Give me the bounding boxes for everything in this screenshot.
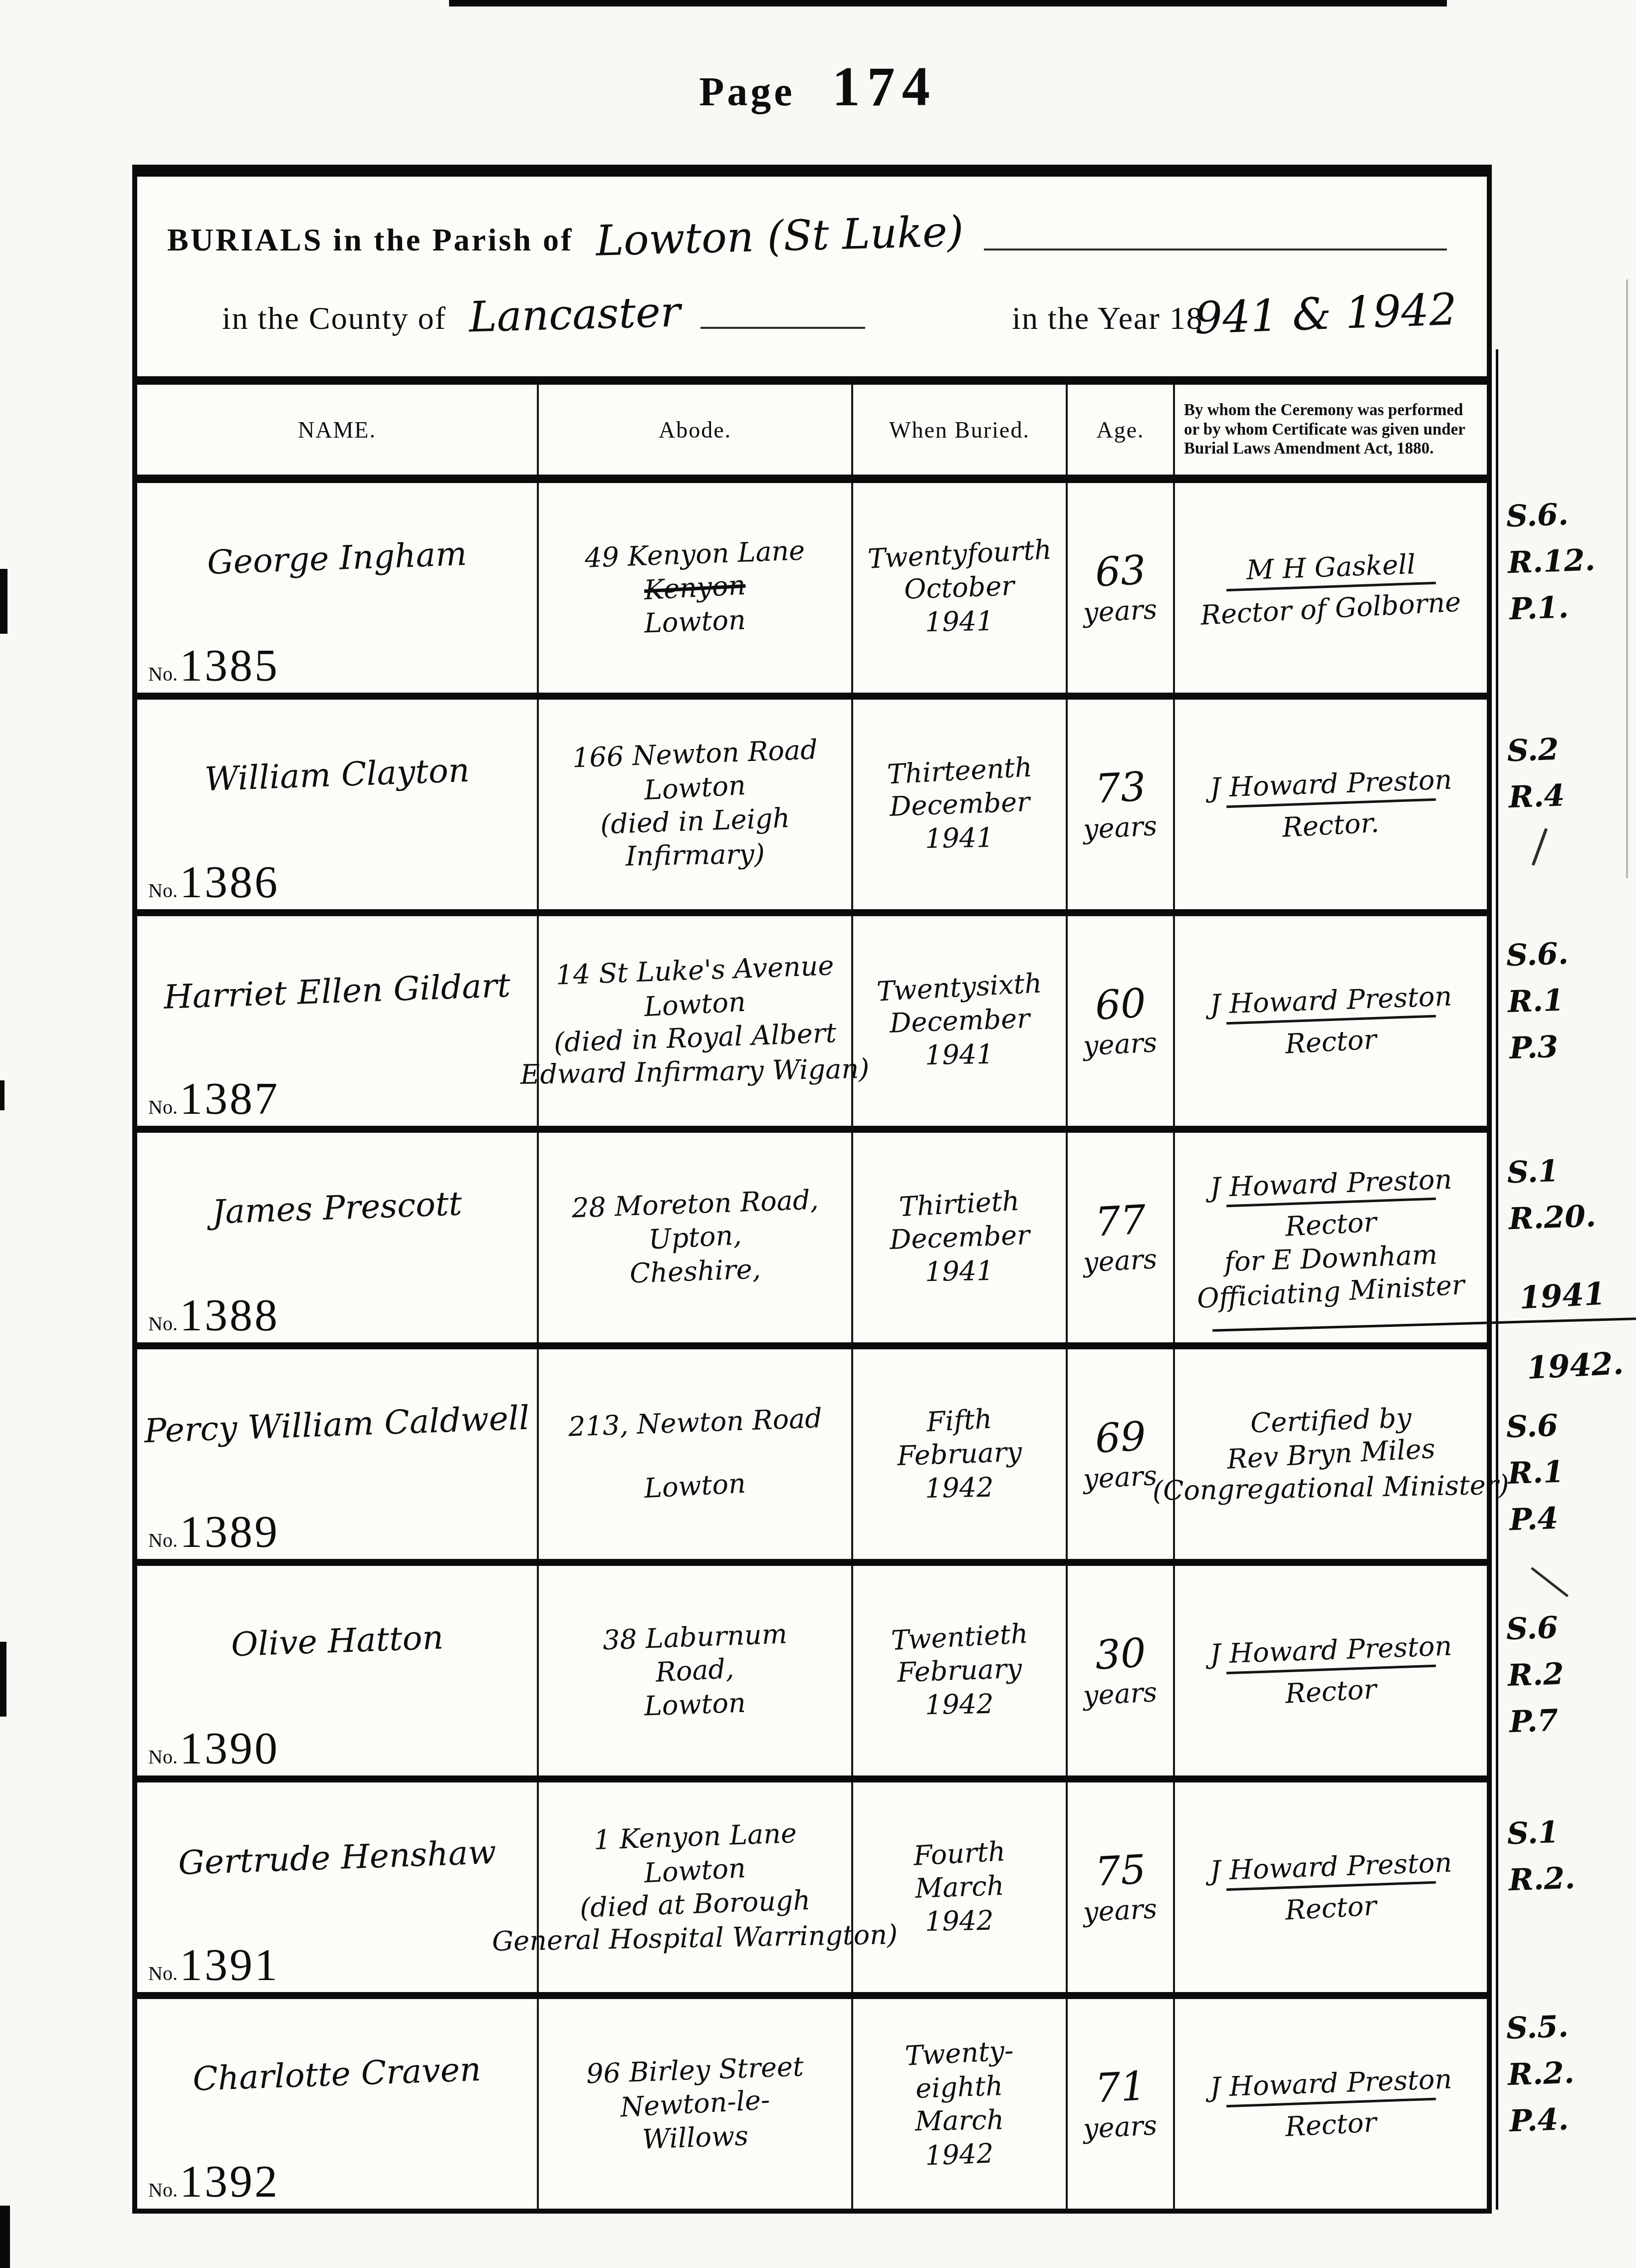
register-title-block: BURIALS in the Parish of Lowton (St Luke… — [137, 177, 1487, 376]
year-handwritten: 941 & 1942 — [1193, 283, 1457, 344]
when-buried-cell: Fourth March 1942 — [853, 1782, 1068, 1992]
entry-number: No. 1386 — [148, 855, 279, 908]
register-row-1385: George Ingham No. 1385 49 Kenyon Lane Ke… — [137, 483, 1487, 700]
margin-note-1387: S.6. R.1 P.3 — [1505, 929, 1635, 1072]
when-buried-cell: Fifth February 1942 — [853, 1349, 1068, 1559]
deceased-name: Olive Hatton — [230, 1617, 444, 1666]
scan-edge-left-3 — [0, 1642, 6, 1717]
when-buried-cell: Thirtieth December 1941 — [853, 1133, 1068, 1342]
register-row-1392: Charlotte Craven No. 1392 96 Birley Stre… — [137, 1999, 1487, 2209]
entry-number: No. 1392 — [148, 2155, 279, 2208]
parish-rule-line — [984, 249, 1447, 251]
name-cell: Olive Hatton No. 1390 — [137, 1566, 539, 1775]
county-handwritten: Lancaster — [468, 287, 681, 341]
register-row-1387: Harriet Ellen Gildart No. 1387 14 St Luk… — [137, 916, 1487, 1133]
margin-year-1941: 1941 — [1518, 1275, 1606, 1316]
entry-number: No. 1390 — [148, 1722, 279, 1774]
age-cell: 60 years — [1068, 916, 1175, 1126]
col-header-by-whom: By whom the Ceremony was performed or by… — [1175, 385, 1487, 475]
entry-number: No. 1387 — [148, 1072, 279, 1125]
register-row-1386: William Clayton No. 1386 166 Newton Road… — [137, 700, 1487, 916]
pen-tick-mark — [1515, 822, 1548, 866]
scan-edge-left-2 — [0, 1080, 4, 1110]
margin-year-1942: 1942. — [1526, 1345, 1625, 1386]
title-county-printed: in the County of — [222, 300, 447, 337]
col-header-age: Age. — [1068, 385, 1175, 475]
title-line-2: in the County of Lancaster in the Year 1… — [167, 288, 1457, 339]
name-cell: William Clayton No. 1386 — [137, 700, 539, 909]
margin-note-1390: S.6 R.2 P.7 — [1505, 1602, 1635, 1746]
margin-note-1389: S.6 R.1 P.4 — [1505, 1400, 1635, 1544]
column-header-row: NAME. Abode. When Buried. Age. By whom t… — [137, 385, 1487, 475]
page-label: Page — [699, 69, 795, 114]
scan-edge-left-1 — [0, 569, 7, 634]
when-buried-cell: Twentyfourth October 1941 — [853, 483, 1068, 693]
deceased-name: James Prescott — [212, 1183, 463, 1233]
register-sheet: BURIALS in the Parish of Lowton (St Luke… — [132, 165, 1492, 2214]
abode-cell: 96 Birley Street Newton-le- Willows — [539, 1999, 853, 2209]
when-buried-cell: Thirteenth December 1941 — [853, 700, 1068, 909]
abode-cell: 28 Moreton Road, Upton, Cheshire, — [539, 1133, 853, 1342]
parish-handwritten: Lowton (St Luke) — [595, 207, 964, 265]
margin-rule-line — [1496, 349, 1498, 2210]
name-cell: George Ingham No. 1385 — [137, 483, 539, 693]
margin-note-1385: S.6. R.12. P.1. — [1505, 490, 1635, 633]
pen-arrow-mark — [1531, 1567, 1569, 1597]
county-rule-line — [701, 327, 865, 329]
register-row-1390: Olive Hatton No. 1390 38 Laburnum Road, … — [137, 1566, 1487, 1782]
col-header-name: NAME. — [137, 385, 539, 475]
officiant-signature: M H Gaskell — [1246, 547, 1416, 587]
margin-note-1386: S.2 R.4 — [1506, 724, 1634, 821]
age-cell: 75 years — [1068, 1782, 1175, 1992]
scan-edge-left-4 — [0, 2206, 10, 2268]
abode-cell: 166 Newton Road Lowton (died in Leigh In… — [539, 700, 853, 909]
officiant-cell: J Howard Preston Rector — [1175, 1782, 1487, 1992]
register-row-1391: Gertrude Henshaw No. 1391 1 Kenyon Lane … — [137, 1782, 1487, 1999]
deceased-name: William Clayton — [204, 750, 470, 800]
margin-note-1391: S.1 R.2. — [1506, 1807, 1634, 1904]
deceased-name: Gertrude Henshaw — [177, 1832, 496, 1884]
name-cell: Charlotte Craven No. 1392 — [137, 1999, 539, 2209]
deceased-name: Charlotte Craven — [192, 2049, 482, 2100]
age-cell: 63 years — [1068, 483, 1175, 693]
when-buried-cell: Twentieth February 1942 — [853, 1566, 1068, 1775]
entry-number: No. 1388 — [148, 1288, 279, 1341]
abode-cell: 49 Kenyon Lane Kenyon Lowton — [539, 483, 853, 693]
margin-note-1388: S.1 R.20. — [1506, 1146, 1634, 1243]
name-cell: Percy William Caldwell No. 1389 — [137, 1349, 539, 1559]
burial-register-scan: Page 174 BURIALS in the Parish of Lowton… — [0, 0, 1636, 2268]
margin-note-1392: S.5. R.2. P.4. — [1505, 2002, 1635, 2145]
title-burials-printed: BURIALS in the Parish of — [167, 222, 573, 258]
entry-number: No. 1385 — [148, 639, 279, 692]
deceased-name: Harriet Ellen Gildart — [163, 965, 511, 1018]
age-cell: 69 years — [1068, 1349, 1175, 1559]
register-row-1388: James Prescott No. 1388 28 Moreton Road,… — [137, 1133, 1487, 1349]
abode-cell: 14 St Luke's Avenue Lowton (died in Roya… — [539, 916, 853, 1126]
when-buried-cell: Twentysixth December 1941 — [853, 916, 1068, 1126]
page-number: 174 — [832, 56, 937, 118]
entry-number: No. 1389 — [148, 1505, 279, 1558]
scan-edge-top — [449, 0, 1447, 6]
name-cell: James Prescott No. 1388 — [137, 1133, 539, 1342]
age-cell: 30 years — [1068, 1566, 1175, 1775]
abode-cell: 213, Newton Road Lowton — [539, 1349, 853, 1559]
name-cell: Harriet Ellen Gildart No. 1387 — [137, 916, 539, 1126]
officiant-cell: J Howard Preston Rector. — [1175, 700, 1487, 909]
abode-cell: 38 Laburnum Road, Lowton — [539, 1566, 853, 1775]
page-heading: Page 174 — [0, 55, 1636, 119]
deceased-name: Percy William Caldwell — [144, 1398, 530, 1452]
officiant-cell: J Howard Preston Rector — [1175, 1999, 1487, 2209]
title-line-1: BURIALS in the Parish of Lowton (St Luke… — [167, 212, 1457, 260]
entry-number: No. 1391 — [148, 1938, 279, 1991]
officiant-cell: J Howard Preston Rector — [1175, 916, 1487, 1126]
when-buried-cell: Twenty- eighth March 1942 — [853, 1999, 1068, 2209]
name-cell: Gertrude Henshaw No. 1391 — [137, 1782, 539, 1992]
age-cell: 71 years — [1068, 1999, 1175, 2209]
struck-out-word: Kenyon — [644, 568, 747, 607]
col-header-abode: Abode. — [539, 385, 853, 475]
col-header-when-buried: When Buried. — [853, 385, 1068, 475]
certifier-cell: Certified by Rev Bryn Miles (Congregatio… — [1175, 1349, 1487, 1559]
title-year-printed: in the Year 18 — [1012, 300, 1203, 337]
register-row-1389: Percy William Caldwell No. 1389 213, New… — [137, 1349, 1487, 1566]
rule-above-header — [132, 376, 1492, 385]
rule-below-header — [132, 475, 1492, 483]
officiant-cell: M H Gaskell Rector of Golborne — [1175, 483, 1487, 693]
deceased-name: George Ingham — [207, 533, 467, 584]
age-cell: 73 years — [1068, 700, 1175, 909]
year-group: in the Year 18 941 & 1942 — [1012, 288, 1457, 339]
abode-cell: 1 Kenyon Lane Lowton (died at Borough Ge… — [539, 1782, 853, 1992]
officiant-cell: J Howard Preston Rector for E Downham Of… — [1175, 1133, 1487, 1342]
age-cell: 77 years — [1068, 1133, 1175, 1342]
officiant-cell: J Howard Preston Rector — [1175, 1566, 1487, 1775]
